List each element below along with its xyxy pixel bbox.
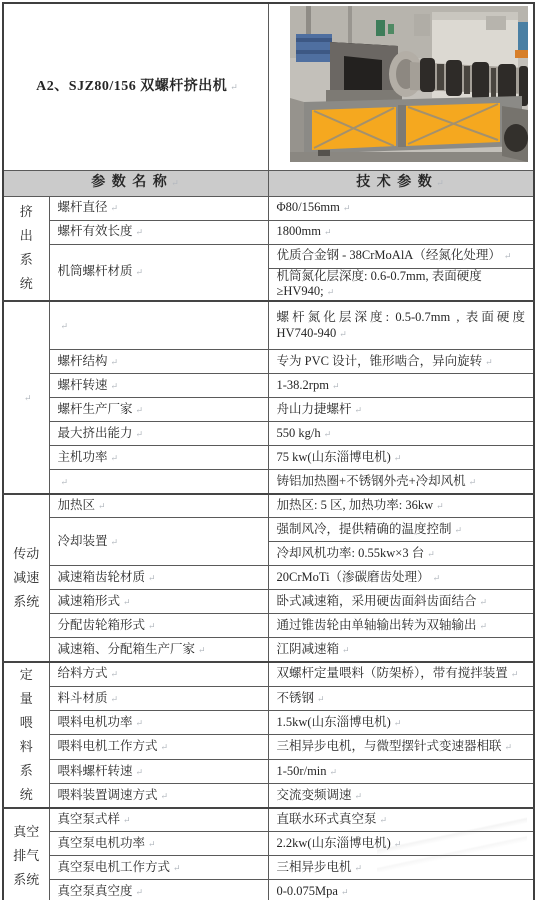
param-value: Φ80/156mm (268, 196, 534, 220)
section-label-vacuum: 真空 排气 系统 (3, 808, 49, 900)
section-label-transmission: 传动 减速 系统 (3, 494, 49, 662)
spec-table: A2、SJZ80/156 双螺杆挤出机 (2, 2, 535, 900)
param-value: 2.2kw(山东淄博电机) (268, 832, 534, 856)
param-value: 通过锥齿轮由单轴输出转为双轴输出 (268, 614, 534, 638)
param-value: 1-38.2rpm (268, 374, 534, 398)
param-name (49, 470, 268, 494)
param-value: 不锈钢 (268, 686, 534, 710)
param-value: 三相异步电机 (268, 856, 534, 880)
param-name: 喂料螺杆转速 (49, 759, 268, 783)
param-value: 1.5kw(山东淄博电机) (268, 711, 534, 735)
param-value: 加热区: 5 区, 加热功率: 36kw (268, 494, 534, 518)
param-name: 螺杆生产厂家 (49, 398, 268, 422)
param-name (49, 301, 268, 350)
param-value: 双螺杆定量喂料（防架桥），带有搅拌装置 (268, 662, 534, 686)
param-value: 三相异步电机，与微型摆针式变速器相联 (268, 735, 534, 759)
param-value: 舟山力捷螺杆 (268, 398, 534, 422)
machine-photo-illustration (290, 6, 528, 162)
section-label-extrusion: 挤 出 系 统 (3, 196, 49, 301)
param-name: 螺杆转速 (49, 374, 268, 398)
machine-photo (290, 6, 528, 167)
param-name: 冷却装置 (49, 518, 268, 566)
param-name: 最大挤出能力 (49, 422, 268, 446)
param-name: 减速箱、分配箱生产厂家 (49, 638, 268, 662)
param-name: 螺杆结构 (49, 350, 268, 374)
page-title: A2、SJZ80/156 双螺杆挤出机 (3, 3, 268, 170)
param-name: 分配齿轮箱形式 (49, 614, 268, 638)
param-value: 江阴减速箱 (268, 638, 534, 662)
header-tech-param: 技 术 参 数 (268, 170, 534, 196)
section-label-blank (3, 301, 49, 494)
param-value: 铸铝加热圈+不锈钢外壳+冷却风机 (268, 470, 534, 494)
param-name: 螺杆有效长度 (49, 220, 268, 244)
param-name: 螺杆直径 (49, 196, 268, 220)
param-name: 减速箱齿轮材质 (49, 566, 268, 590)
param-value: 冷却风机功率: 0.55kw×3 台 (268, 542, 534, 566)
param-name: 喂料装置调速方式 (49, 784, 268, 808)
param-value: 0-0.075Mpa (268, 880, 534, 900)
param-name: 减速箱形式 (49, 590, 268, 614)
param-value: 螺杆氮化层深度: 0.5-0.7mm , 表面硬度HV740-940 (268, 301, 534, 350)
param-name: 真空泵真空度 (49, 880, 268, 900)
param-name: 主机功率 (49, 446, 268, 470)
param-name: 加热区 (49, 494, 268, 518)
photo-cell (268, 3, 534, 170)
param-name: 喂料电机工作方式 (49, 735, 268, 759)
param-value: 优质合金钢 - 38CrMoAlA（经氮化处理） (268, 244, 534, 268)
param-name: 机筒螺杆材质 (49, 244, 268, 301)
param-value: 550 kg/h (268, 422, 534, 446)
param-value: 20CrMoTi（渗碳磨齿处理） (268, 566, 534, 590)
param-value: 强制风冷，提供精确的温度控制 (268, 518, 534, 542)
header-param-name: 参 数 名 称 (3, 170, 268, 196)
param-value: 交流变频调速 (268, 784, 534, 808)
param-value: 75 kw(山东淄博电机) (268, 446, 534, 470)
param-value: 卧式减速箱，采用硬齿面斜齿面结合 (268, 590, 534, 614)
param-name: 给料方式 (49, 662, 268, 686)
param-value: 1-50r/min (268, 759, 534, 783)
param-name: 真空泵电机功率 (49, 832, 268, 856)
param-name: 真空泵电机工作方式 (49, 856, 268, 880)
param-value: 直联水环式真空泵 (268, 808, 534, 832)
param-name: 料斗材质 (49, 686, 268, 710)
param-name: 喂料电机功率 (49, 711, 268, 735)
param-name: 真空泵式样 (49, 808, 268, 832)
param-value: 机筒氮化层深度: 0.6-0.7mm, 表面硬度≥HV940; (268, 268, 534, 301)
param-value: 1800mm (268, 220, 534, 244)
section-label-feeding: 定 量 喂 料 系 统 (3, 662, 49, 808)
param-value: 专为 PVC 设计，锥形啮合，异向旋转 (268, 350, 534, 374)
